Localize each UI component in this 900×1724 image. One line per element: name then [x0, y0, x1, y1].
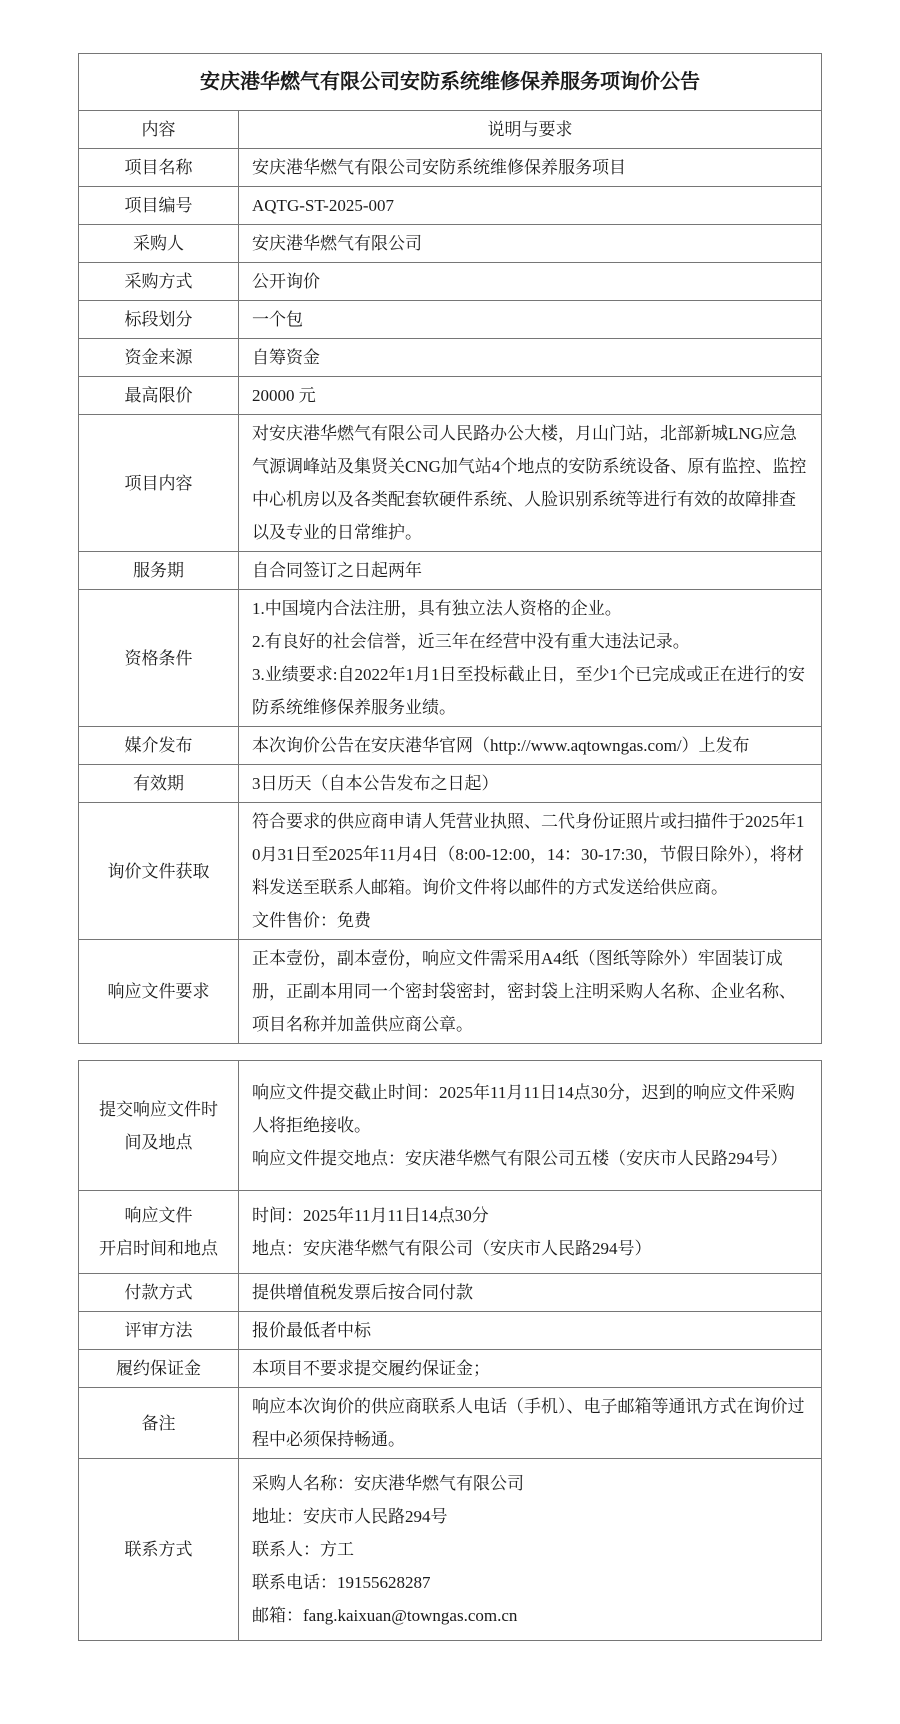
- row-response-doc-requirements: 响应文件要求 正本壹份，副本壹份，响应文件需采用A4纸（图纸等除外）牢固装订成册…: [79, 940, 822, 1044]
- row-label: 响应文件 开启时间和地点: [79, 1191, 239, 1274]
- announcement-main-table: 安庆港华燃气有限公司安防系统维修保养服务项询价公告 内容 说明与要求 项目名称 …: [78, 53, 822, 1044]
- row-value: 公开询价: [239, 263, 822, 301]
- row-value: 安庆港华燃气有限公司安防系统维修保养服务项目: [239, 149, 822, 187]
- row-value: 安庆港华燃气有限公司: [239, 225, 822, 263]
- row-lot-division: 标段划分 一个包: [79, 301, 822, 339]
- row-label: 项目名称: [79, 149, 239, 187]
- row-label: 最高限价: [79, 377, 239, 415]
- column-header-description: 说明与要求: [239, 111, 822, 149]
- row-purchaser: 采购人 安庆港华燃气有限公司: [79, 225, 822, 263]
- inquiry-announcement-document: 安庆港华燃气有限公司安防系统维修保养服务项询价公告 内容 说明与要求 项目名称 …: [0, 0, 900, 1681]
- row-media-release: 媒介发布 本次询价公告在安庆港华官网（http://www.aqtowngas.…: [79, 727, 822, 765]
- row-value: 本次询价公告在安庆港华官网（http://www.aqtowngas.com/）…: [239, 727, 822, 765]
- row-value: 本项目不要求提交履约保证金；: [239, 1350, 822, 1388]
- row-value: 20000 元: [239, 377, 822, 415]
- row-value: 正本壹份，副本壹份，响应文件需采用A4纸（图纸等除外）牢固装订成册，正副本用同一…: [239, 940, 822, 1044]
- row-label: 采购人: [79, 225, 239, 263]
- row-contact-info: 联系方式 采购人名称：安庆港华燃气有限公司 地址：安庆市人民路294号 联系人：…: [79, 1459, 822, 1641]
- row-document-acquisition: 询价文件获取 符合要求的供应商申请人凭营业执照、二代身份证照片或扫描件于2025…: [79, 803, 822, 940]
- row-value: 响应本次询价的供应商联系人电话（手机）、电子邮箱等通讯方式在询价过程中必须保持畅…: [239, 1388, 822, 1459]
- row-value: 一个包: [239, 301, 822, 339]
- row-service-period: 服务期 自合同签订之日起两年: [79, 552, 822, 590]
- table-header-row: 内容 说明与要求: [79, 111, 822, 149]
- row-label: 项目编号: [79, 187, 239, 225]
- column-header-content: 内容: [79, 111, 239, 149]
- row-fund-source: 资金来源 自筹资金: [79, 339, 822, 377]
- row-project-content: 项目内容 对安庆港华燃气有限公司人民路办公大楼，月山门站，北部新城LNG应急气源…: [79, 415, 822, 552]
- row-project-name: 项目名称 安庆港华燃气有限公司安防系统维修保养服务项目: [79, 149, 822, 187]
- row-label: 服务期: [79, 552, 239, 590]
- row-label: 标段划分: [79, 301, 239, 339]
- table-title-row: 安庆港华燃气有限公司安防系统维修保养服务项询价公告: [79, 54, 822, 111]
- row-label: 媒介发布: [79, 727, 239, 765]
- row-value: 采购人名称：安庆港华燃气有限公司 地址：安庆市人民路294号 联系人：方工 联系…: [239, 1459, 822, 1641]
- row-procurement-method: 采购方式 公开询价: [79, 263, 822, 301]
- row-value: 自合同签订之日起两年: [239, 552, 822, 590]
- page-title: 安庆港华燃气有限公司安防系统维修保养服务项询价公告: [79, 54, 822, 111]
- row-label: 询价文件获取: [79, 803, 239, 940]
- row-evaluation-method: 评审方法 报价最低者中标: [79, 1312, 822, 1350]
- row-payment-method: 付款方式 提供增值税发票后按合同付款: [79, 1274, 822, 1312]
- row-label: 备注: [79, 1388, 239, 1459]
- row-label: 评审方法: [79, 1312, 239, 1350]
- row-label: 联系方式: [79, 1459, 239, 1641]
- row-label: 项目内容: [79, 415, 239, 552]
- row-value: 1.中国境内合法注册，具有独立法人资格的企业。 2.有良好的社会信誉，近三年在经…: [239, 590, 822, 727]
- row-value: 报价最低者中标: [239, 1312, 822, 1350]
- row-value: AQTG-ST-2025-007: [239, 187, 822, 225]
- row-performance-bond: 履约保证金 本项目不要求提交履约保证金；: [79, 1350, 822, 1388]
- row-label: 采购方式: [79, 263, 239, 301]
- row-label: 响应文件要求: [79, 940, 239, 1044]
- row-label: 资格条件: [79, 590, 239, 727]
- row-value: 3日历天（自本公告发布之日起）: [239, 765, 822, 803]
- row-label: 资金来源: [79, 339, 239, 377]
- row-value: 提供增值税发票后按合同付款: [239, 1274, 822, 1312]
- row-label: 付款方式: [79, 1274, 239, 1312]
- row-validity-period: 有效期 3日历天（自本公告发布之日起）: [79, 765, 822, 803]
- row-opening-time-place: 响应文件 开启时间和地点 时间：2025年11月11日14点30分 地点：安庆港…: [79, 1191, 822, 1274]
- row-label: 履约保证金: [79, 1350, 239, 1388]
- row-submission-time-place: 提交响应文件时 间及地点 响应文件提交截止时间：2025年11月11日14点30…: [79, 1061, 822, 1191]
- announcement-secondary-table: 提交响应文件时 间及地点 响应文件提交截止时间：2025年11月11日14点30…: [78, 1060, 822, 1641]
- row-value: 对安庆港华燃气有限公司人民路办公大楼，月山门站，北部新城LNG应急气源调峰站及集…: [239, 415, 822, 552]
- row-value: 自筹资金: [239, 339, 822, 377]
- row-project-number: 项目编号 AQTG-ST-2025-007: [79, 187, 822, 225]
- row-value: 符合要求的供应商申请人凭营业执照、二代身份证照片或扫描件于2025年10月31日…: [239, 803, 822, 940]
- row-label: 有效期: [79, 765, 239, 803]
- row-label: 提交响应文件时 间及地点: [79, 1061, 239, 1191]
- row-value: 响应文件提交截止时间：2025年11月11日14点30分，迟到的响应文件采购人将…: [239, 1061, 822, 1191]
- row-price-cap: 最高限价 20000 元: [79, 377, 822, 415]
- row-remarks: 备注 响应本次询价的供应商联系人电话（手机）、电子邮箱等通讯方式在询价过程中必须…: [79, 1388, 822, 1459]
- row-value: 时间：2025年11月11日14点30分 地点：安庆港华燃气有限公司（安庆市人民…: [239, 1191, 822, 1274]
- row-qualification: 资格条件 1.中国境内合法注册，具有独立法人资格的企业。 2.有良好的社会信誉，…: [79, 590, 822, 727]
